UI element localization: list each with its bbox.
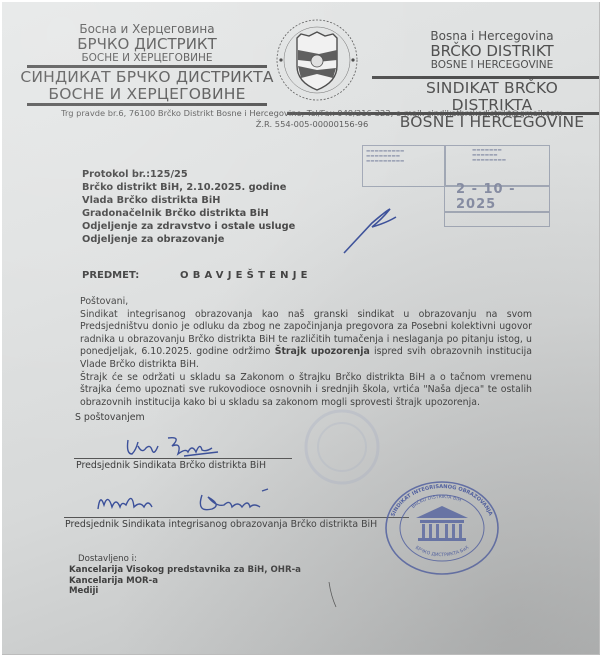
- pen-mark-icon: [327, 580, 339, 610]
- delivered-item: Mediji: [69, 586, 301, 597]
- recipient-line: Odjeljenje za obrazovanje: [82, 233, 295, 246]
- subject-title: OBAVJEŠTENJE: [180, 270, 312, 281]
- union-coat-of-arms-icon: [267, 16, 367, 104]
- contact-address: Trg pravde br.6, 76100 Brčko Distrikt Bo…: [22, 108, 600, 130]
- signature-2-icon: [92, 487, 292, 519]
- delivered-label: Dostavljeno i:: [78, 554, 137, 564]
- union-seal-icon: SINDIKAT INTEGRISANOG OBRAZOVANJA BRČKO …: [382, 478, 502, 578]
- body-paragraph-1: Sindikat integrisanog obrazovanja kao na…: [80, 309, 532, 371]
- letterhead-right-latin: Bosna i Hercegovina BRČKO DISTRIKT BOSNE…: [412, 29, 572, 71]
- union-title-cyrillic: СИНДИКАТ БРЧКО ДИСТРИКТА БОСНЕ И ХЕРЦЕГО…: [12, 69, 282, 103]
- country-name-latin: Bosna i Hercegovina: [412, 29, 572, 43]
- letterhead-left-cyrillic: Босна и Херцеговина БРЧКО ДИСТРИКТ БОСНЕ…: [72, 22, 222, 64]
- signature-line-1: [74, 458, 292, 459]
- bank-account: Ž.R. 554-005-00000156-96: [22, 119, 600, 130]
- district-name-latin: BRČKO DISTRIKT: [412, 43, 572, 59]
- recipient-line: Gradonačelnik Brčko distrikta BiH: [82, 207, 295, 220]
- signatory-1-title: Predsjednik Sindikata Brčko distrikta Bi…: [76, 460, 266, 471]
- letterhead-rule-left-bottom: [27, 103, 267, 106]
- recipients-block: Protokol br.:125/25 Brčko distrikt BiH, …: [82, 168, 295, 246]
- closing: S poštovanjem: [75, 412, 145, 423]
- address-line: Trg pravde br.6, 76100 Brčko Distrikt Bo…: [22, 108, 600, 119]
- subject-label: PREDMET:: [82, 270, 139, 281]
- delivered-list: Kancelarija Visokog predstavnika za BiH,…: [69, 565, 301, 597]
- union-line2-cyrillic: БОСНЕ И ХЕРЦЕГОВИНЕ: [12, 86, 282, 103]
- union-line1-cyrillic: СИНДИКАТ БРЧКО ДИСТРИКТА: [12, 69, 282, 86]
- signature-line-2: [64, 517, 409, 518]
- body-paragraph-2: Štrajk će se održati u skladu sa Zakonom…: [80, 372, 532, 409]
- svg-text:БРЧКО ДИСТРИКТА БиХ: БРЧКО ДИСТРИКТА БиХ: [414, 545, 470, 558]
- protocol-number: Protokol br.:125/25: [82, 168, 295, 181]
- received-signature-icon: [342, 197, 412, 257]
- faint-stamp-icon: [302, 407, 382, 487]
- delivered-item: Kancelarija Visokog predstavnika za BiH,…: [69, 565, 301, 576]
- district-sub-cyrillic: БОСНЕ И ХЕРЦЕГОВИНЕ: [72, 52, 222, 64]
- scanned-letter-page: Босна и Херцеговина БРЧКО ДИСТРИКТ БОСНЕ…: [2, 2, 600, 655]
- recipient-line: Vlada Brčko distrikta BiH: [82, 194, 295, 207]
- greeting: Poštovani,: [80, 296, 532, 308]
- district-name-cyrillic: БРЧКО ДИСТРИКТ: [72, 36, 222, 52]
- reception-date: 2 - 10 - 2025: [456, 182, 550, 212]
- district-sub-latin: BOSNE I HERCEGOVINE: [412, 59, 572, 71]
- recipient-line: Odjeljenje za zdravstvo i ostale usluge: [82, 220, 295, 233]
- place-and-date: Brčko distrikt BiH, 2.10.2025. godine: [82, 181, 295, 194]
- strike-warning-emphasis: Štrajk upozorenja: [275, 346, 370, 357]
- signatory-2-title: Predsjednik Sindikata integrisanog obraz…: [65, 519, 377, 530]
- delivered-item: Kancelarija MOR-a: [69, 576, 301, 587]
- country-name-cyrillic: Босна и Херцеговина: [72, 22, 222, 36]
